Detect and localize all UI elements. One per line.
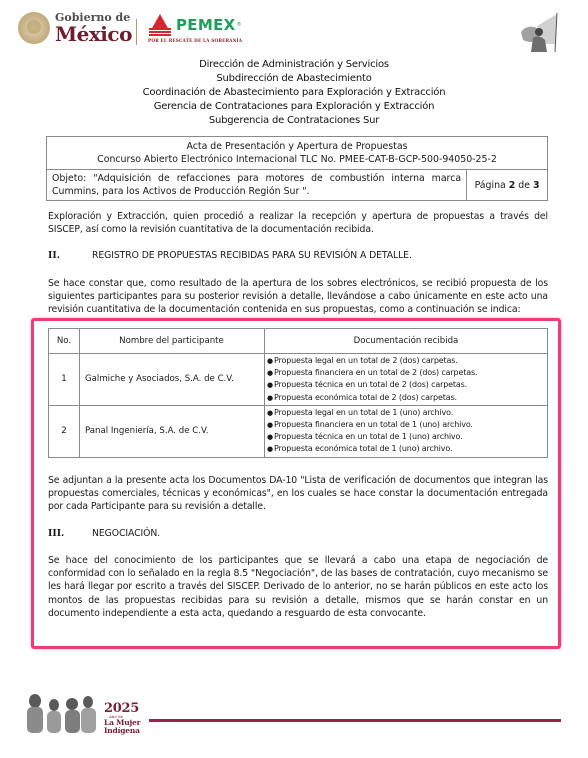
doc-item: ●Propuesta legal en un total de 1 (uno) … — [267, 407, 545, 419]
doc-item: ●Propuesta financiera en un total de 2 (… — [267, 367, 545, 379]
participant-name: Galmiche y Asociados, S.A. de C.V. — [80, 354, 265, 406]
institution-line: Gerencia de Contrataciones para Explorac… — [0, 100, 588, 114]
table-row: 1 Galmiche y Asociados, S.A. de C.V. ●Pr… — [49, 354, 548, 406]
section-number: II. — [48, 250, 92, 261]
section-2-heading: II. REGISTRO DE PROPUESTAS RECIBIDAS PAR… — [48, 250, 412, 261]
pemex-wordmark: PEMEX — [176, 16, 235, 34]
bullet-icon: ● — [267, 421, 273, 429]
institution-line: Coordinación de Abastecimiento para Expl… — [0, 86, 588, 100]
bullet-icon: ● — [267, 369, 273, 377]
bullet-icon: ● — [267, 433, 273, 441]
document-header-table: Acta de Presentación y Apertura de Propu… — [46, 136, 548, 201]
participant-docs: ●Propuesta legal en un total de 1 (uno) … — [265, 405, 548, 457]
section-2-paragraph: Se hace constar que, como resultado de l… — [48, 277, 548, 317]
pemex-logo: PEMEX ® POR EL RESCATE DE LA SOBERANÍA — [148, 14, 242, 43]
participant-name: Panal Ingeniería, S.A. de C.V. — [80, 405, 265, 457]
table-row: 2 Panal Ingeniería, S.A. de C.V. ●Propue… — [49, 405, 548, 457]
column-header-docs: Documentación recibida — [265, 329, 548, 354]
doc-item: ●Propuesta técnica en un total de 2 (dos… — [267, 379, 545, 391]
bullet-icon: ● — [267, 357, 273, 365]
doc-item: ●Propuesta legal en un total de 2 (dos) … — [267, 355, 545, 367]
logo-divider — [136, 19, 137, 45]
column-header-name: Nombre del participante — [80, 329, 265, 354]
page-sep: de — [518, 180, 530, 191]
footer-divider-line — [149, 719, 561, 722]
bullet-icon: ● — [267, 394, 273, 402]
doc-item: ●Propuesta económica total de 2 (dos) ca… — [267, 392, 545, 404]
bullet-icon: ● — [267, 409, 273, 417]
participant-no: 2 — [49, 405, 80, 457]
table-header-row: No. Nombre del participante Documentació… — [49, 329, 548, 354]
bullet-icon: ● — [267, 445, 273, 453]
page-label: Página — [475, 180, 506, 191]
doc-item: ●Propuesta técnica en un total de 1 (uno… — [267, 431, 545, 443]
tender-number: Concurso Abierto Electrónico Internacion… — [51, 153, 543, 166]
participants-table: No. Nombre del participante Documentació… — [48, 328, 548, 458]
pemex-slogan: POR EL RESCATE DE LA SOBERANÍA — [148, 38, 242, 43]
doc-item: ●Propuesta económica total de 1 (uno) ar… — [267, 443, 545, 455]
objeto-text: Objeto: "Adquisición de refacciones para… — [47, 170, 467, 201]
footer-line2: Indígena — [104, 727, 140, 735]
section-title: REGISTRO DE PROPUESTAS RECIBIDAS PARA SU… — [92, 250, 412, 261]
institution-heading: Dirección de Administración y Servicios … — [0, 58, 588, 128]
registered-mark: ® — [236, 22, 241, 28]
participant-no: 1 — [49, 354, 80, 406]
heroine-flag-icon — [513, 10, 563, 55]
page-total: 3 — [533, 180, 540, 191]
year-of-indigenous-woman-logo: 2025 Año de La Mujer Indígena — [104, 702, 140, 734]
section-3-heading: III. NEGOCIACIÓN. — [48, 528, 160, 539]
page-current: 2 — [509, 180, 516, 191]
column-header-no: No. — [49, 329, 80, 354]
indigenous-women-illustration-icon — [22, 689, 100, 733]
institution-line: Subgerencia de Contrataciones Sur — [0, 114, 588, 128]
bullet-icon: ● — [267, 381, 273, 389]
page-indicator: Página 2 de 3 — [467, 170, 548, 201]
participant-docs: ●Propuesta legal en un total de 2 (dos) … — [265, 354, 548, 406]
section-number: III. — [48, 528, 92, 539]
coat-of-arms-icon — [18, 12, 50, 44]
section-3-paragraph: Se hace del conocimiento de los particip… — [48, 554, 548, 620]
gob-logo-line2: México — [55, 24, 132, 44]
gobierno-de-mexico-logo: Gobierno de México — [18, 12, 132, 44]
pemex-eagle-icon — [148, 14, 172, 36]
doc-item: ●Propuesta financiera en un total de 1 (… — [267, 419, 545, 431]
document-title: Acta de Presentación y Apertura de Propu… — [51, 140, 543, 153]
institution-line: Dirección de Administración y Servicios — [0, 58, 588, 72]
attachment-paragraph: Se adjuntan a la presente acta los Docum… — [48, 474, 548, 514]
institution-line: Subdirección de Abastecimiento — [0, 72, 588, 86]
intro-paragraph: Exploración y Extracción, quien procedió… — [48, 210, 548, 236]
document-title-cell: Acta de Presentación y Apertura de Propu… — [47, 137, 548, 170]
section-title: NEGOCIACIÓN. — [92, 528, 160, 539]
